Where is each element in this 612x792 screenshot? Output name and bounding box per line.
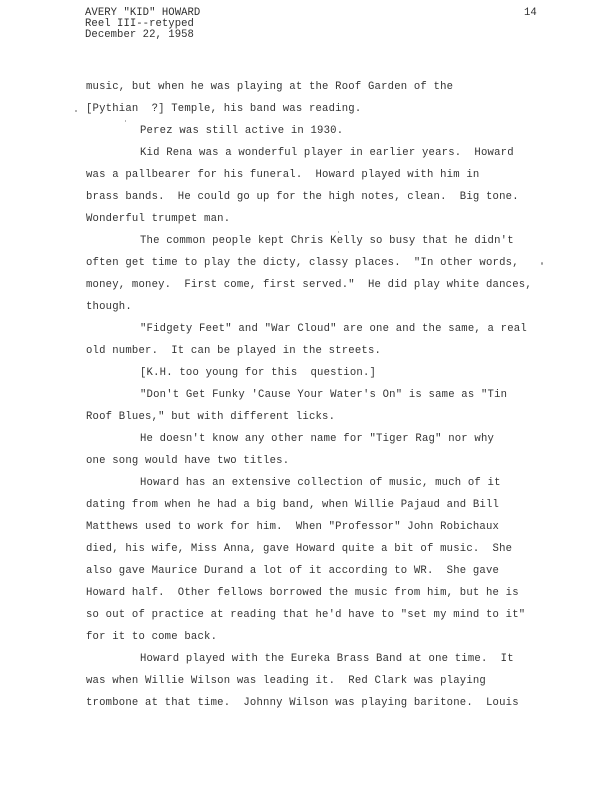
text-line: [Pythian ?] Temple, his band was reading…: [86, 98, 566, 120]
text-line: often get time to play the dicty, classy…: [86, 252, 566, 274]
text-line: died, his wife, Miss Anna, gave Howard q…: [86, 538, 566, 560]
document-body: music, but when he was playing at the Ro…: [86, 76, 566, 714]
page-number: 14: [524, 8, 537, 19]
scan-speck: [338, 231, 339, 233]
text-line: dating from when he had a big band, when…: [86, 494, 566, 516]
text-line: one song would have two titles.: [86, 450, 566, 472]
text-line: He doesn't know any other name for "Tige…: [86, 428, 566, 450]
text-line: was when Willie Wilson was leading it. R…: [86, 670, 566, 692]
text-line: trombone at that time. Johnny Wilson was…: [86, 692, 566, 714]
text-line: though.: [86, 296, 566, 318]
text-line: also gave Maurice Durand a lot of it acc…: [86, 560, 566, 582]
text-line: "Fidgety Feet" and "War Cloud" are one a…: [86, 318, 566, 340]
scan-speck: [125, 120, 126, 122]
document-header: AVERY "KID" HOWARD Reel III--retyped Dec…: [85, 8, 200, 41]
scan-speck: [75, 110, 77, 112]
text-line: music, but when he was playing at the Ro…: [86, 76, 566, 98]
text-line: "Don't Get Funky 'Cause Your Water's On"…: [86, 384, 566, 406]
text-line: Howard played with the Eureka Brass Band…: [86, 648, 566, 670]
text-line: [K.H. too young for this question.]: [86, 362, 566, 384]
scan-speck: [541, 262, 543, 265]
text-line: for it to come back.: [86, 626, 566, 648]
text-line: so out of practice at reading that he'd …: [86, 604, 566, 626]
text-line: Kid Rena was a wonderful player in earli…: [86, 142, 566, 164]
header-date: December 22, 1958: [85, 30, 200, 41]
document-page: AVERY "KID" HOWARD Reel III--retyped Dec…: [0, 0, 612, 792]
text-line: Matthews used to work for him. When "Pro…: [86, 516, 566, 538]
text-line: brass bands. He could go up for the high…: [86, 186, 566, 208]
text-line: Roof Blues," but with different licks.: [86, 406, 566, 428]
text-line: The common people kept Chris Kelly so bu…: [86, 230, 566, 252]
text-line: old number. It can be played in the stre…: [86, 340, 566, 362]
text-line: Howard half. Other fellows borrowed the …: [86, 582, 566, 604]
text-line: Wonderful trumpet man.: [86, 208, 566, 230]
text-line: Perez was still active in 1930.: [86, 120, 566, 142]
text-line: money, money. First come, first served."…: [86, 274, 566, 296]
text-line: Howard has an extensive collection of mu…: [86, 472, 566, 494]
text-line: was a pallbearer for his funeral. Howard…: [86, 164, 566, 186]
